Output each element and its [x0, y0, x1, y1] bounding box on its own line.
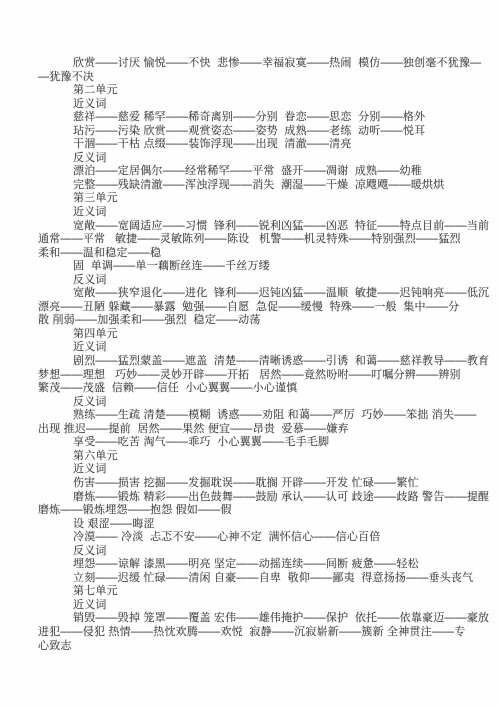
word-pairs-line: 漂亮——丑陋 躲藏——暴露 勉强——自愿 急促——缓慢 特殊——一般 集中——分	[38, 301, 464, 315]
word-pairs-line: 完整——残缺清澈——浑浊浮现——消失 潮湿——干燥 凉飕飕——暖烘烘	[38, 179, 464, 193]
synonyms-label: 近义词	[38, 206, 464, 220]
synonyms-label: 近义词	[38, 463, 464, 477]
antonyms-label: 反义词	[38, 545, 464, 559]
word-pairs-line: 梦想——理想 巧妙——灵妙开辟——开拓 居然——竟然吩咐——叮嘱分辨——辨别	[38, 369, 464, 383]
word-pairs-line: 心致志	[38, 640, 464, 654]
word-pairs-line: 磨炼——锻炼 精彩——出色鼓舞——鼓励 承认——认可 歧途——歧路 警告——提醒	[38, 491, 464, 505]
word-pairs-line: 漂泊——定居偶尔——经常稀罕——平常 盛开——凋谢 成熟——幼稚	[38, 165, 464, 179]
word-pairs-line: 通常——平常 敏捷——灵敏陈列——陈设 机警——机灵特殊——特别强烈——猛烈	[38, 233, 464, 247]
word-pairs-line: 伤害——损害 挖掘——发掘耽误——耽搁 开辟——开发 忙碌——繁忙	[38, 477, 464, 491]
word-pairs-line: 宽敞——狭窄退化——进化 锋利——迟钝凶猛——温顺 敏捷——迟钝响亮——低沉	[38, 287, 464, 301]
document-page: 欣赏——讨厌 愉悦——不快 悲惨——幸福寂寞——热闹 模仿——独创毫不犹豫— —…	[0, 0, 500, 708]
word-pairs-line: 干涸——干枯 点缀——装饰浮现——出现 清澈——清亮	[38, 138, 464, 152]
unit-heading-7: 第七单元	[38, 585, 464, 599]
synonyms-label: 近义词	[38, 599, 464, 613]
word-pairs-line: 立刻——迟缓 忙碌——清闲 自豪——自卑 敬仰——鄙夷 得意扬扬——垂头丧气	[38, 572, 464, 586]
word-pairs-line: 散 削弱——加强柔和——强烈 稳定——动荡	[38, 314, 464, 328]
synonyms-label: 近义词	[38, 341, 464, 355]
word-pairs-line: 宽敞——宽阔适应——习惯 锋利——锐利凶猛——凶恶 特征——特点目前——当前	[38, 220, 464, 234]
word-pairs-line: 玷污——污染 欣赏——观赏姿态——姿势 成熟——老练 动听——悦耳	[38, 125, 464, 139]
word-pairs-line: 剧烈——猛烈蒙盖——遮盖 清楚——清晰诱惑——引诱 和蔼——慈祥教导——教育	[38, 355, 464, 369]
word-pairs-line: 繁茂——茂盛 信赖——信任 小心翼翼——小心谨慎	[38, 382, 464, 396]
word-pairs-line: 磨炼——锻炼埋怨——抱怨 假如——假	[38, 504, 464, 518]
unit-heading-4: 第四单元	[38, 328, 464, 342]
word-pairs-line: 销毁——毁掉 笼罩——覆盖 宏伟——雄伟掩护——保护 依托——依靠豪迈——豪放	[38, 612, 464, 626]
word-pairs-line: 固 单调——单一藕断丝连——千丝万缕	[38, 260, 464, 274]
word-pairs-line: 设 艰涩——晦涩	[38, 518, 464, 532]
word-pairs-line: 熟练——生疏 清楚——模糊 诱惑——劝阻 和蔼——严厉 巧妙——笨拙 消失——	[38, 409, 464, 423]
word-pairs-line: 埋怨——谅解 漆黑——明亮 坚定——动摇连续——间断 疲惫——轻松	[38, 558, 464, 572]
word-pairs-line: 进犯——侵犯 热情——热忱欢腾——欢悦 寂静——沉寂崭新——簇新 全神贯注——专	[38, 626, 464, 640]
word-pairs-line: 慈祥——慈爱 稀罕——稀奇离别——分别 眷恋——思恋 分别——格外	[38, 111, 464, 125]
word-pairs-line: 出现 推迟——提前 居然——果然 便宜——昂贵 爱慕——嫌弃	[38, 423, 464, 437]
unit-heading-6: 第六单元	[38, 450, 464, 464]
word-pairs-line: 欣赏——讨厌 愉悦——不快 悲惨——幸福寂寞——热闹 模仿——独创毫不犹豫—	[38, 57, 464, 71]
text-block: 欣赏——讨厌 愉悦——不快 悲惨——幸福寂寞——热闹 模仿——独创毫不犹豫— —…	[38, 57, 464, 653]
antonyms-label: 反义词	[38, 152, 464, 166]
word-pairs-line: 享受——吃苦 淘气——乖巧 小心翼翼——毛手毛脚	[38, 436, 464, 450]
unit-heading-2: 第二单元	[38, 84, 464, 98]
synonyms-label: 近义词	[38, 98, 464, 112]
word-pairs-line: 柔和——温和稳定——稳	[38, 247, 464, 261]
antonyms-label: 反义词	[38, 274, 464, 288]
word-pairs-line: —犹豫不决	[38, 71, 464, 85]
antonyms-label: 反义词	[38, 396, 464, 410]
word-pairs-line: 冷漠—— 冷淡 忐忑不安——心神不定 满怀信心——信心百倍	[38, 531, 464, 545]
unit-heading-3: 第三单元	[38, 192, 464, 206]
